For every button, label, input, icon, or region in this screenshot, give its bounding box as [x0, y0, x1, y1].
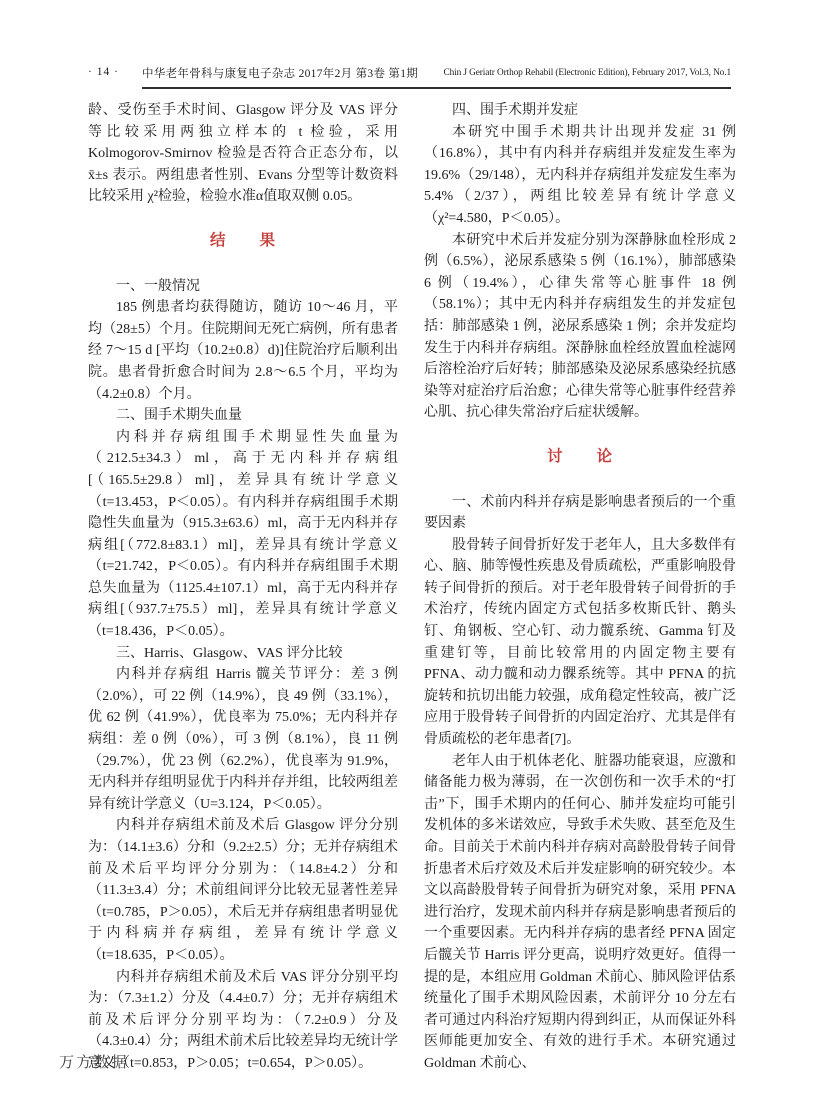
paragraph-glasgow-scores: 内科并存病组术前及术后 Glasgow 评分分别为：（14.1±3.6）分和（9…: [88, 815, 398, 966]
journal-title-en: Chin J Geriatr Orthop Rehabil (Electroni…: [444, 68, 732, 78]
journal-page: · 14 · 中华老年骨科与康复电子杂志 2017年2月 第3卷 第1期 Chi…: [0, 0, 816, 1099]
results-heading: 结 果: [88, 230, 398, 252]
paragraph-blood-loss: 内科并存病组围手术期显性失血量为（212.5±34.3）ml，高于无内科并存病组…: [88, 427, 398, 643]
paragraph-fracture-treatment: 股骨转子间骨折好发于老年人，且大多数伴有心、脑、肺等慢性疾患及骨质疏松，严重影响…: [424, 535, 736, 751]
paragraph-follow-up: 185 例患者均获得随访，随访 10～46 月，平均（28±5）个月。住院期间无…: [88, 297, 398, 405]
paragraph-complication-rates: 本研究中围手术期共计出现并发症 31 例（16.8%），其中有内科并存病组并发症…: [424, 122, 736, 230]
page-number: · 14 ·: [88, 66, 119, 78]
subheading-comorbidity-factor: 一、术前内科并存病是影响患者预后的一个重要因素: [424, 492, 736, 535]
subheading-score-comparison: 三、Harris、Glasgow、VAS 评分比较: [88, 643, 398, 665]
paragraph-statistics-method: 龄、受伤至手术时间、Glasgow 评分及 VAS 评分等比较采用两独立样本的 …: [88, 100, 398, 208]
paragraph-vas-scores: 内科并存病组术前及术后 VAS 评分分别平均为：（7.3±1.2）分及（4.4±…: [88, 967, 398, 1075]
wanfang-data-watermark: 万方数据: [59, 1051, 129, 1072]
header-divider: [142, 87, 731, 89]
paragraph-harris-scores: 内科并存病组 Harris 髋关节评分：差 3 例（2.0%），可 22 例（1…: [88, 664, 398, 815]
discussion-heading: 讨 论: [424, 446, 736, 468]
right-column: 四、围手术期并发症 本研究中围手术期共计出现并发症 31 例（16.8%），其中…: [424, 100, 736, 1075]
paragraph-complication-details: 本研究中术后并发症分别为深静脉血栓形成 2 例（6.5%），泌尿系感染 5 例（…: [424, 230, 736, 424]
subheading-perioperative-complications: 四、围手术期并发症: [424, 100, 736, 122]
left-column: 龄、受伤至手术时间、Glasgow 评分及 VAS 评分等比较采用两独立样本的 …: [88, 100, 398, 1075]
paragraph-elderly-risk: 老年人由于机体老化、脏器功能衰退，应激和储备能力极为薄弱，在一次创伤和一次手术的…: [424, 751, 736, 1075]
subheading-general-condition: 一、一般情况: [88, 276, 398, 298]
journal-title-cn: 中华老年骨科与康复电子杂志 2017年2月 第3卷 第1期: [142, 65, 418, 81]
subheading-blood-loss: 二、围手术期失血量: [88, 405, 398, 427]
